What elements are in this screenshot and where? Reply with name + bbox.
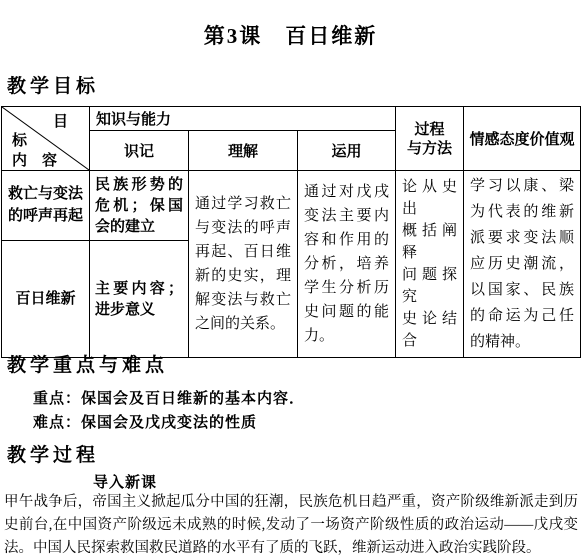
values-cell: 学习以康、梁为代表的维新派要求变法顺应历史潮流，以国家、民族的命运为己任的精神。 bbox=[464, 171, 581, 358]
process-phrase: 概括阐释 bbox=[402, 220, 457, 264]
objectives-heading: 教学目标 bbox=[7, 71, 99, 98]
teaching-objectives-table: 目 标 内 容 知识与能力 过程 与方法 情感态度价值观 识记 理解 运用 救亡… bbox=[1, 106, 581, 358]
header-apply: 运用 bbox=[298, 131, 396, 171]
key-points-heading: 教学重点与难点 bbox=[7, 350, 168, 377]
header-values: 情感态度价值观 bbox=[464, 107, 581, 171]
row2-topic-cell: 百日维新 bbox=[2, 240, 90, 357]
process-phrase: 论从史出 bbox=[402, 176, 457, 220]
process-heading: 教学过程 bbox=[7, 440, 99, 467]
lesson-plan-document: { "page": { "title": "第3课 百日维新" }, "head… bbox=[0, 0, 581, 556]
row1-topic-cell: 救亡与变法的呼声再起 bbox=[2, 171, 90, 241]
row1-recall-cell: 民族形势的危机；保国会的建立 bbox=[90, 171, 189, 241]
corner-label-objective-2: 标 bbox=[12, 129, 27, 150]
page-title: 第3课 百日维新 bbox=[0, 20, 581, 50]
row2-recall-cell: 主要内容；进步意义 bbox=[90, 240, 189, 357]
focus-point-line: 重点：保国会及百日维新的基本内容． bbox=[33, 387, 305, 408]
header-process-line2: 与方法 bbox=[401, 139, 458, 158]
header-comprehend: 理解 bbox=[189, 131, 298, 171]
header-recall: 识记 bbox=[90, 131, 189, 171]
header-process-method: 过程 与方法 bbox=[396, 107, 464, 171]
lead-in-paragraph: 甲午战争后，帝国主义掀起瓜分中国的狂潮，民族危机日趋严重，资产阶级维新派走到历史… bbox=[4, 491, 578, 556]
process-phrase: 问题探究 bbox=[402, 264, 457, 308]
corner-label-objective-1: 目 bbox=[53, 110, 68, 131]
lead-in-subheading: 导入新课 bbox=[93, 471, 157, 492]
process-method-cell: 论从史出 概括阐释 问题探究 史论结合 bbox=[396, 171, 464, 358]
comprehend-cell: 通过学习救亡与变法的呼声再起、百日维新的史实，理解变法与救亡之间的关系。 bbox=[189, 171, 298, 358]
corner-label-content: 内 容 bbox=[12, 149, 57, 170]
header-knowledge-ability: 知识与能力 bbox=[90, 107, 396, 131]
process-phrase: 史论结合 bbox=[402, 308, 457, 352]
corner-header-cell: 目 标 内 容 bbox=[2, 107, 90, 171]
header-process-line1: 过程 bbox=[401, 120, 458, 139]
difficulty-point-line: 难点：保国会及戊戌变法的性质 bbox=[33, 411, 257, 432]
apply-cell: 通过对戊戌变法主要内容和作用的分析，培养学生分析历史问题的能力。 bbox=[298, 171, 396, 358]
